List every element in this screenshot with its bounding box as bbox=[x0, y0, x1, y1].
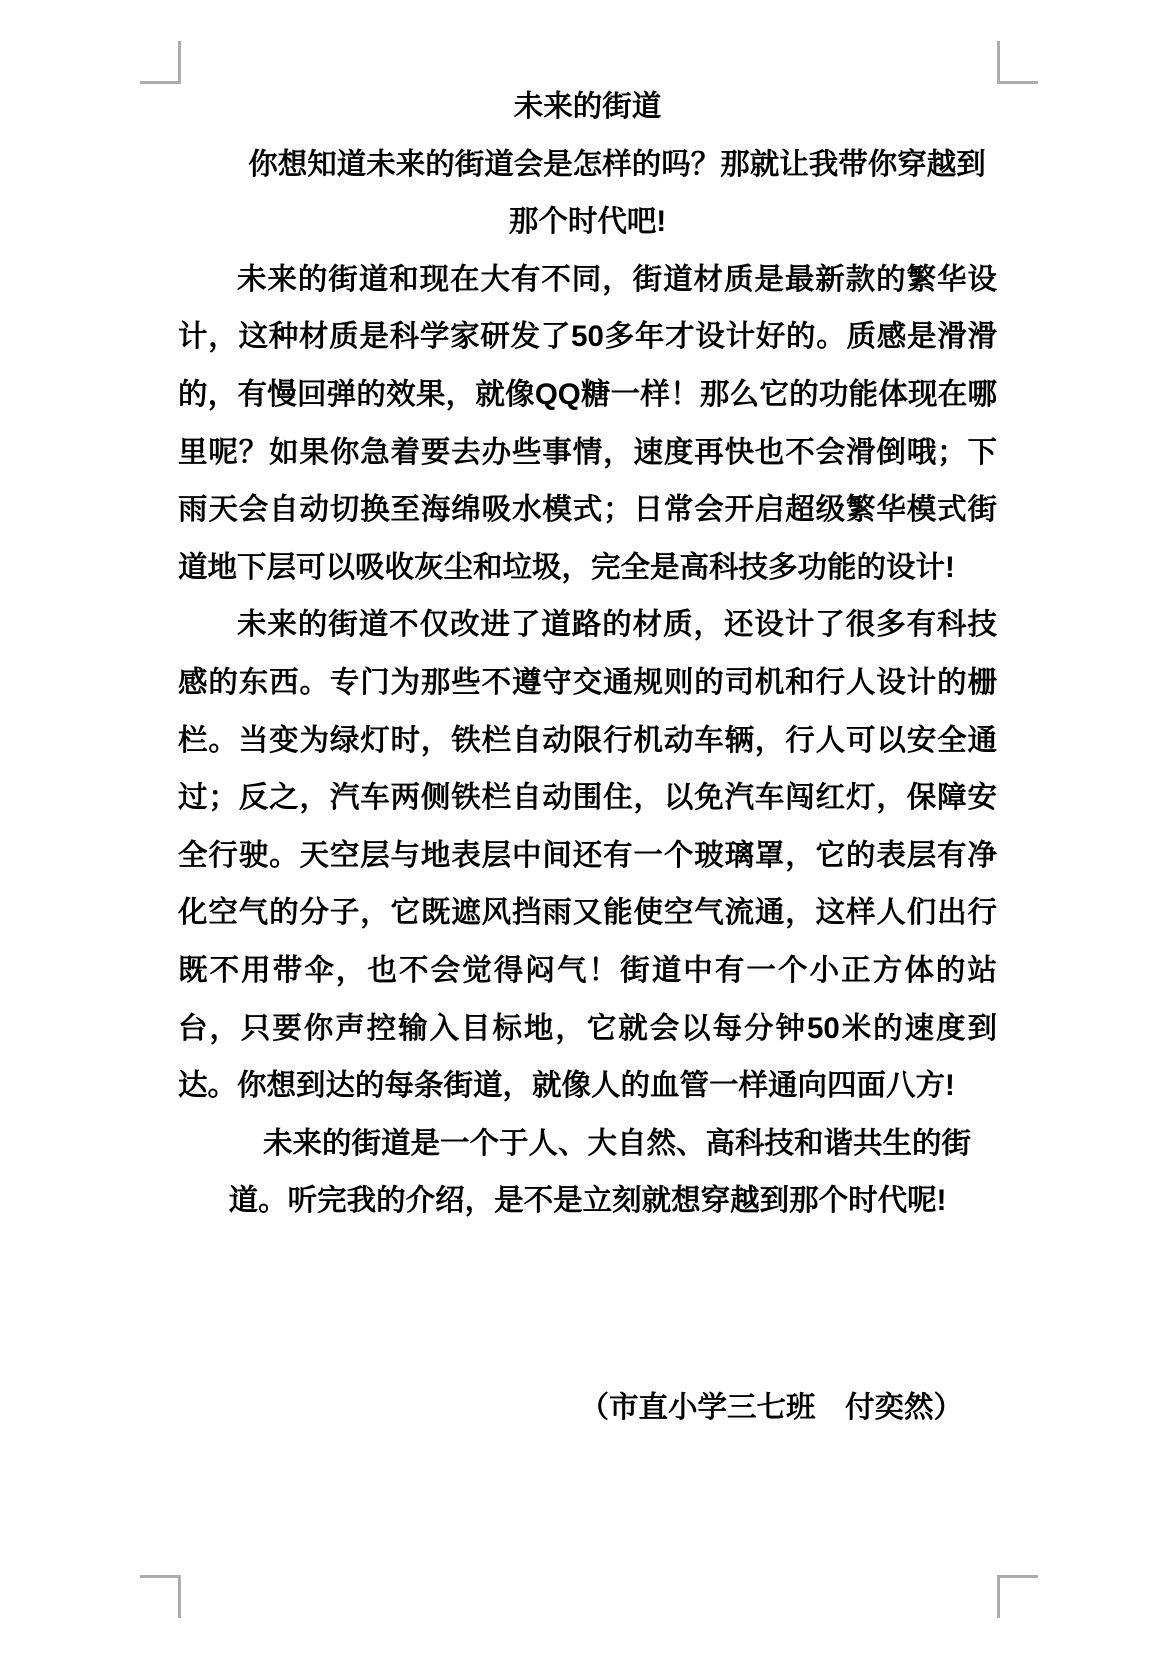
text-line: 里呢？如果你急着要去办些事情，速度再快也不会滑倒哦；下 bbox=[178, 424, 997, 482]
text-line: 未来的街道不仅改进了道路的材质，还设计了很多有科技 bbox=[178, 596, 997, 654]
text-line: 过；反之，汽车两侧铁栏自动围住，以免汽车闯红灯，保障安 bbox=[178, 769, 997, 827]
text-line: 雨天会自动切换至海绵吸水模式；日常会开启超级繁华模式街 bbox=[178, 481, 997, 539]
text-line: 未来的街道和现在大有不同，街道材质是最新款的繁华设 bbox=[178, 251, 997, 309]
essay-body: 你想知道未来的街道会是怎样的吗？那就让我带你穿越到那个时代吧!未来的街道和现在大… bbox=[178, 136, 997, 1230]
text-line: 全行驶。天空层与地表层中间还有一个玻璃罩，它的表层有净 bbox=[178, 827, 997, 885]
text-line: 栏。当变为绿灯时，铁栏自动限行机动车辆，行人可以安全通 bbox=[178, 712, 997, 770]
text-line: 道地下层可以吸收灰尘和垃圾，完全是高科技多功能的设计! bbox=[178, 539, 997, 597]
text-line: 既不用带伞，也不会觉得闷气！街道中有一个小正方体的站 bbox=[178, 942, 997, 1000]
essay-title: 未来的街道 bbox=[178, 78, 997, 136]
crop-mark-bottom-right bbox=[997, 1575, 1038, 1618]
paragraph-4: 未来的街道是一个于人、大自然、高科技和谐共生的街道。听完我的介绍，是不是立刻就想… bbox=[178, 1115, 997, 1230]
crop-mark-bottom-left bbox=[140, 1575, 181, 1618]
text-line: 台，只要你声控输入目标地，它就会以每分钟50米的速度到 bbox=[178, 1000, 997, 1058]
text-line: 计，这种材质是科学家研发了50多年才设计好的。质感是滑滑 bbox=[178, 308, 997, 366]
author-signature: （市直小学三七班 付奕然） bbox=[178, 1379, 997, 1437]
text-line: 未来的街道是一个于人、大自然、高科技和谐共生的街 bbox=[178, 1115, 997, 1173]
paragraph-3: 未来的街道不仅改进了道路的材质，还设计了很多有科技感的东西。专门为那些不遵守交通… bbox=[178, 596, 997, 1114]
crop-mark-top-right bbox=[997, 41, 1038, 84]
text-line: 的，有慢回弹的效果，就像QQ糖一样！那么它的功能体现在哪 bbox=[178, 366, 997, 424]
text-line: 那个时代吧! bbox=[178, 193, 997, 251]
paragraph-1: 你想知道未来的街道会是怎样的吗？那就让我带你穿越到那个时代吧! bbox=[178, 136, 997, 251]
document-page: 未来的街道 你想知道未来的街道会是怎样的吗？那就让我带你穿越到那个时代吧!未来的… bbox=[0, 0, 1176, 1663]
text-line: 道。听完我的介绍，是不是立刻就想穿越到那个时代呢! bbox=[178, 1172, 997, 1230]
text-line: 你想知道未来的街道会是怎样的吗？那就让我带你穿越到 bbox=[178, 136, 997, 194]
crop-mark-top-left bbox=[140, 41, 181, 84]
text-line: 化空气的分子，它既遮风挡雨又能使空气流通，这样人们出行 bbox=[178, 884, 997, 942]
text-line: 达。你想到达的每条街道，就像人的血管一样通向四面八方! bbox=[178, 1057, 997, 1115]
text-line: 感的东西。专门为那些不遵守交通规则的司机和行人设计的栅 bbox=[178, 654, 997, 712]
paragraph-2: 未来的街道和现在大有不同，街道材质是最新款的繁华设计，这种材质是科学家研发了50… bbox=[178, 251, 997, 597]
essay-content: 未来的街道 你想知道未来的街道会是怎样的吗？那就让我带你穿越到那个时代吧!未来的… bbox=[178, 78, 997, 1436]
